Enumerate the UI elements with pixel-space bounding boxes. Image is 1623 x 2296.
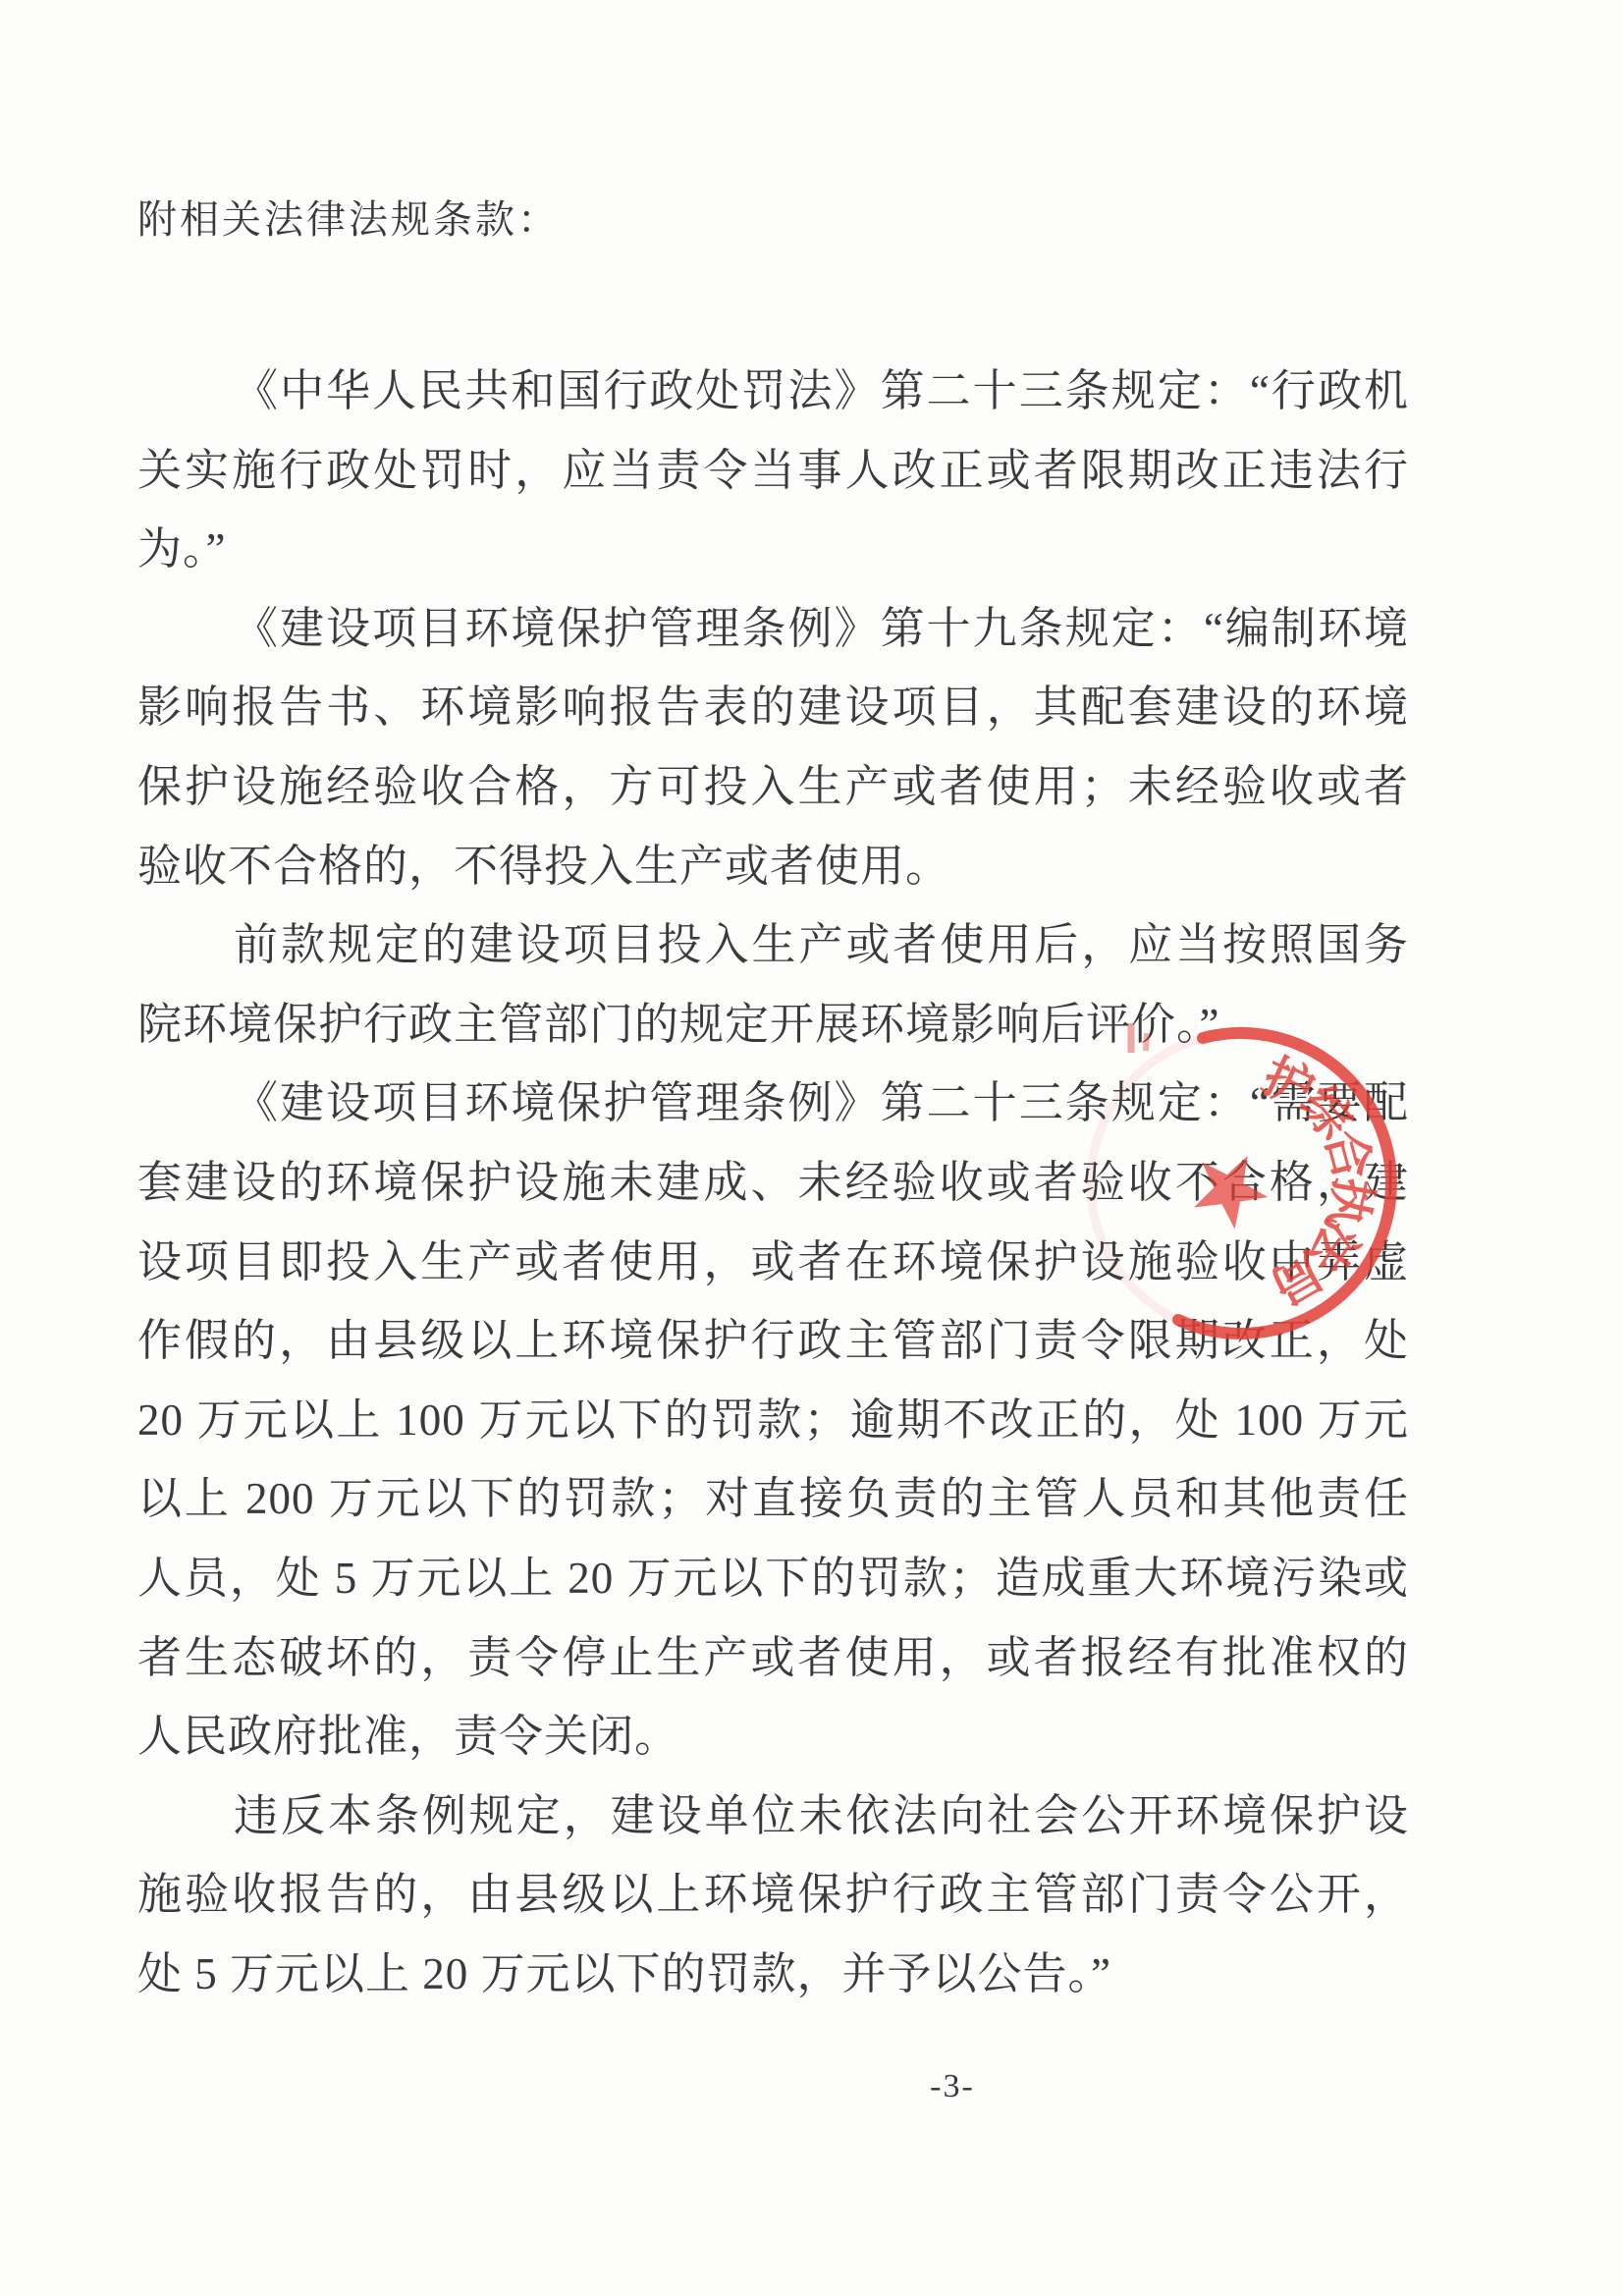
text-line: 前款规定的建设项目投入生产或者使用后，应当按照国务 <box>137 905 1409 985</box>
text-line: 《中华人民共和国行政处罚法》第二十三条规定：“行政机 <box>137 352 1409 431</box>
text-line: 20 万元以上 100 万元以下的罚款；逾期不改正的，处 100 万元 <box>137 1381 1409 1460</box>
text-line: 《建设项目环境保护管理条例》第二十三条规定：“需要配 <box>137 1064 1409 1143</box>
text-line: 为。” <box>137 510 1409 589</box>
text-line: 违反本条例规定，建设单位未依法向社会公开环境保护设 <box>137 1777 1409 1856</box>
text-line: 设项目即投入生产或者使用，或者在环境保护设施验收中弄虚 <box>137 1223 1409 1302</box>
scanned-document-page: 附相关法律法规条款： 《中华人民共和国行政处罚法》第二十三条规定：“行政机 关实… <box>0 0 1623 2296</box>
text-line: 套建设的环境保护设施未建成、未经验收或者验收不合格，建 <box>137 1143 1409 1223</box>
text-line: 影响报告书、环境影响报告表的建设项目，其配套建设的环境 <box>137 668 1409 747</box>
text-line: 者生态破坏的，责令停止生产或者使用，或者报经有批准权的 <box>137 1618 1409 1698</box>
text-line: 施验收报告的，由县级以上环境保护行政主管部门责令公开， <box>137 1855 1409 1935</box>
page-number: -3- <box>898 2068 1006 2105</box>
text-line: 以上 200 万元以下的罚款；对直接负责的主管人员和其他责任 <box>137 1459 1409 1539</box>
text-line: 保护设施经验收合格，方可投入生产或者使用；未经验收或者 <box>137 747 1409 827</box>
text-line: 验收不合格的，不得投入生产或者使用。 <box>137 827 1409 906</box>
document-body: 《中华人民共和国行政处罚法》第二十三条规定：“行政机 关实施行政处罚时，应当责令… <box>137 352 1409 2013</box>
text-line: 人员，处 5 万元以上 20 万元以下的罚款；造成重大环境污染或 <box>137 1539 1409 1618</box>
text-line: 院环境保护行政主管部门的规定开展环境影响后评价。” <box>137 985 1409 1065</box>
text-line: 人民政府批准，责令关闭。 <box>137 1697 1409 1777</box>
page-title: 附相关法律法规条款： <box>137 189 560 245</box>
text-line: 作假的，由县级以上环境保护行政主管部门责令限期改正，处 <box>137 1301 1409 1381</box>
text-line: 处 5 万元以上 20 万元以下的罚款，并予以公告。” <box>137 1935 1409 2014</box>
text-line: 《建设项目环境保护管理条例》第十九条规定：“编制环境 <box>137 589 1409 669</box>
text-line: 关实施行政处罚时，应当责令当事人改正或者限期改正违法行 <box>137 431 1409 511</box>
